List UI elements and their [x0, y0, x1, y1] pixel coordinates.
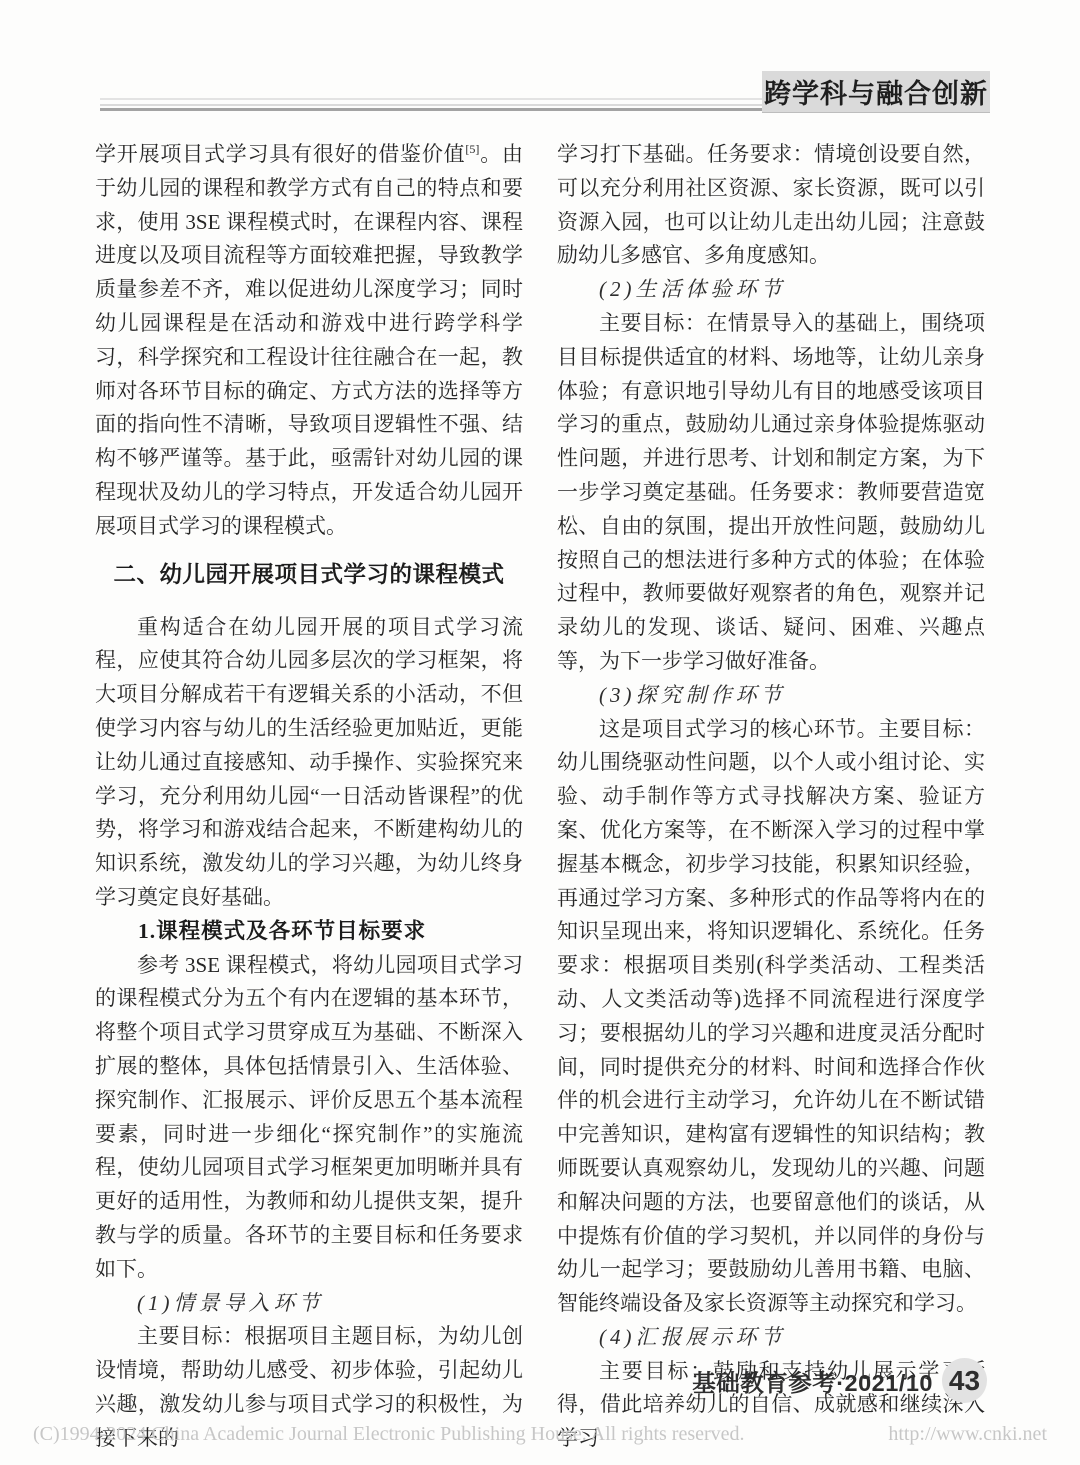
- text-run: 。由于幼儿园的课程和教学方式有自己的特点和要求，使用 3SE 课程模式时，在课程…: [95, 142, 523, 538]
- section-heading: 二、幼儿园开展项目式学习的课程模式: [95, 558, 523, 592]
- article-body: 学开展项目式学习具有很好的借鉴价值[5]。由于幼儿园的课程和教学方式有自己的特点…: [95, 138, 985, 1456]
- journal-footer: 基础教育参考·2021/10 43: [692, 1358, 987, 1403]
- subsection-heading: 1.课程模式及各环节目标要求: [95, 915, 523, 949]
- item-heading-2: (2)生活体验环节: [557, 273, 985, 307]
- paragraph: 主要目标：在情景导入的基础上，围绕项目目标提供适宜的材料、场地等，让幼儿亲身体验…: [557, 307, 985, 679]
- paragraph: 重构适合在幼儿园开展的项目式学习流程，应使其符合幼儿园多层次的学习框架，将大项目…: [95, 611, 523, 915]
- page-number-badge: 43: [942, 1358, 987, 1403]
- paragraph: 参考 3SE 课程模式，将幼儿园项目式学习的课程模式分为五个有内在逻辑的基本环节…: [95, 949, 523, 1287]
- journal-name: 基础教育参考·2021/10: [692, 1364, 933, 1398]
- paragraph-continuation: 学开展项目式学习具有很好的借鉴价值[5]。由于幼儿园的课程和教学方式有自己的特点…: [95, 138, 523, 544]
- section-label: 跨学科与融合创新: [762, 71, 990, 112]
- paragraph: 这是项目式学习的核心环节。主要目标：幼儿围绕驱动性问题，以个人或小组讨论、实验、…: [557, 713, 985, 1321]
- reference-marker: [5]: [465, 142, 479, 156]
- journal-page: 跨学科与融合创新 学开展项目式学习具有很好的借鉴价值[5]。由于幼儿园的课程和教…: [0, 0, 1080, 1465]
- text-run: 学开展项目式学习具有很好的借鉴价值: [95, 142, 465, 166]
- item-heading-3: (3)探究制作环节: [557, 679, 985, 713]
- left-column: 学开展项目式学习具有很好的借鉴价值[5]。由于幼儿园的课程和教学方式有自己的特点…: [95, 138, 523, 1456]
- cnki-url: http://www.cnki.net: [888, 1423, 1047, 1446]
- copyright-text: (C)1994-2024 China Academic Journal Elec…: [33, 1423, 745, 1446]
- paragraph-continuation: 学习打下基础。任务要求：情境创设要自然，可以充分利用社区资源、家长资源，既可以引…: [557, 138, 985, 273]
- copyright-line: (C)1994-2024 China Academic Journal Elec…: [33, 1423, 1047, 1446]
- right-column: 学习打下基础。任务要求：情境创设要自然，可以充分利用社区资源、家长资源，既可以引…: [557, 138, 985, 1456]
- item-heading-4: (4)汇报展示环节: [557, 1321, 985, 1355]
- item-heading-1: (1)情景导入环节: [95, 1287, 523, 1321]
